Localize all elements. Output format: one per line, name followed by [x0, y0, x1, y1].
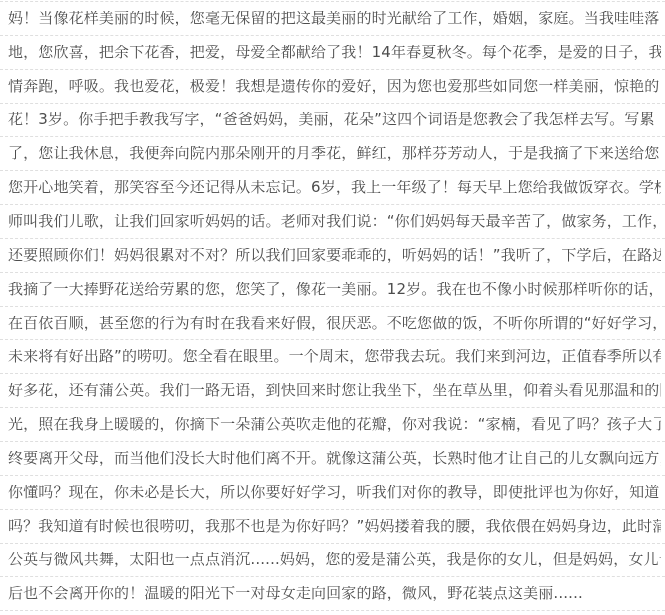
text-line: 未来将有好出路”的唠叨。您全看在眼里。一个周末，您带我去玩。我们来到河边，正值春… [0, 340, 665, 374]
text-line: 光，照在我身上暖暖的，你摘下一朵蒲公英吹走他的花瓣，你对我说：“家楠，看见了吗？… [0, 408, 665, 442]
text-line-content: 你懂吗？现在，你未必是长大，所以你要好好学习，听我们对你的教导，即使批评也为你好… [8, 485, 659, 500]
text-line-content: 终要离开父母，而当他们没长大时他们离不开。就像这蒲公英，长熟时他才让自己的儿女飘… [8, 451, 661, 466]
text-line-content: 妈！当像花样美丽的时候，您毫无保留的把这最美丽的时光献给了工作，婚姻，家庭。当我… [8, 11, 659, 26]
text-line-content: 公英与微风共舞，太阳也一点点消沉......妈妈，您的爱是蒲公英，我是你的女儿，… [8, 552, 661, 567]
document-page: 妈！当像花样美丽的时候，您毫无保留的把这最美丽的时光献给了工作，婚姻，家庭。当我… [0, 0, 665, 615]
text-line-content: 吗？我知道有时候也很唠叨，我那不也是为你好吗？”妈妈搂着我的腰，我依偎在妈妈身边… [8, 519, 661, 534]
text-line-content: 我摘了一大捧野花送给劳累的您，您笑了，像花一美丽。12岁。我在也不像小时候那样听… [8, 282, 661, 297]
text-line: 情奔跑，呼吸。我也爱花，极爱！我想是遗传你的爱好，因为您也爱那些如同您一样美丽，… [0, 70, 665, 104]
text-line: 后也不会离开你的！温暖的阳光下一对母女走向回家的路，微风，野花装点这美丽....… [0, 577, 665, 611]
text-line: 还要照顾你们！妈妈很累对不对？所以我们回家要乖乖的，听妈妈的话！”我听了，下学后… [0, 239, 665, 273]
text-line-content: 了，您让我休息，我便奔向院内那朵刚开的月季花，鲜红，那样芬芳动人，于是我摘了下来… [8, 146, 661, 161]
text-line-content: 师叫我们儿歌，让我们回家听妈妈的话。老师对我们说：“你们妈妈每天最辛苦了，做家务… [8, 214, 661, 229]
text-line-content: 花！3岁。你手把手教我写字，“爸爸妈妈，美丽，花朵”这四个词语是您教会了我怎样去… [8, 112, 655, 127]
text-line: 在百依百顺，甚至您的行为有时在我看来好假，很厌恶。不吃您做的饭，不听你所谓的“好… [0, 307, 665, 341]
text-line-content: 在百依百顺，甚至您的行为有时在我看来好假，很厌恶。不吃您做的饭，不听你所谓的“好… [8, 316, 661, 331]
text-line: 妈！当像花样美丽的时候，您毫无保留的把这最美丽的时光献给了工作，婚姻，家庭。当我… [0, 2, 665, 36]
text-line: 公英与微风共舞，太阳也一点点消沉......妈妈，您的爱是蒲公英，我是你的女儿，… [0, 544, 665, 578]
text-lines-container: 妈！当像花样美丽的时候，您毫无保留的把这最美丽的时光献给了工作，婚姻，家庭。当我… [0, 2, 665, 611]
text-line: 师叫我们儿歌，让我们回家听妈妈的话。老师对我们说：“你们妈妈每天最辛苦了，做家务… [0, 205, 665, 239]
text-line-content: 光，照在我身上暖暖的，你摘下一朵蒲公英吹走他的花瓣，你对我说：“家楠，看见了吗？… [8, 417, 661, 432]
text-line: 花！3岁。你手把手教我写字，“爸爸妈妈，美丽，花朵”这四个词语是您教会了我怎样去… [0, 104, 665, 138]
text-line-content: 情奔跑，呼吸。我也爱花，极爱！我想是遗传你的爱好，因为您也爱那些如同您一样美丽，… [8, 79, 659, 94]
text-line-content: 后也不会离开你的！温暖的阳光下一对母女走向回家的路，微风，野花装点这美丽....… [8, 586, 583, 601]
text-line-content: 地，您欣喜，把余下花香，把爱，母爱全都献给了我！14年春夏秋冬。每个花季，是爱的… [8, 45, 661, 60]
text-line-content: 未来将有好出路”的唠叨。您全看在眼里。一个周末，您带我去玩。我们来到河边，正值春… [8, 349, 661, 364]
text-line: 吗？我知道有时候也很唠叨，我那不也是为你好吗？”妈妈搂着我的腰，我依偎在妈妈身边… [0, 510, 665, 544]
text-line: 您开心地笑着，那笑容至今还记得从未忘记。6岁，我上一年级了！每天早上您给我做饭穿… [0, 171, 665, 205]
text-line: 地，您欣喜，把余下花香，把爱，母爱全都献给了我！14年春夏秋冬。每个花季，是爱的… [0, 36, 665, 70]
text-line: 好多花，还有蒲公英。我们一路无语，到快回来时您让我坐下，坐在草丛里，仰着头看见那… [0, 374, 665, 408]
text-line-content: 还要照顾你们！妈妈很累对不对？所以我们回家要乖乖的，听妈妈的话！”我听了，下学后… [8, 248, 661, 263]
text-line-content: 好多花，还有蒲公英。我们一路无语，到快回来时您让我坐下，坐在草丛里，仰着头看见那… [8, 383, 661, 398]
text-line: 终要离开父母，而当他们没长大时他们离不开。就像这蒲公英，长熟时他才让自己的儿女飘… [0, 442, 665, 476]
text-line: 你懂吗？现在，你未必是长大，所以你要好好学习，听我们对你的教导，即使批评也为你好… [0, 476, 665, 510]
text-line: 我摘了一大捧野花送给劳累的您，您笑了，像花一美丽。12岁。我在也不像小时候那样听… [0, 273, 665, 307]
text-line-content: 您开心地笑着，那笑容至今还记得从未忘记。6岁，我上一年级了！每天早上您给我做饭穿… [8, 180, 661, 195]
text-line: 了，您让我休息，我便奔向院内那朵刚开的月季花，鲜红，那样芬芳动人，于是我摘了下来… [0, 137, 665, 171]
